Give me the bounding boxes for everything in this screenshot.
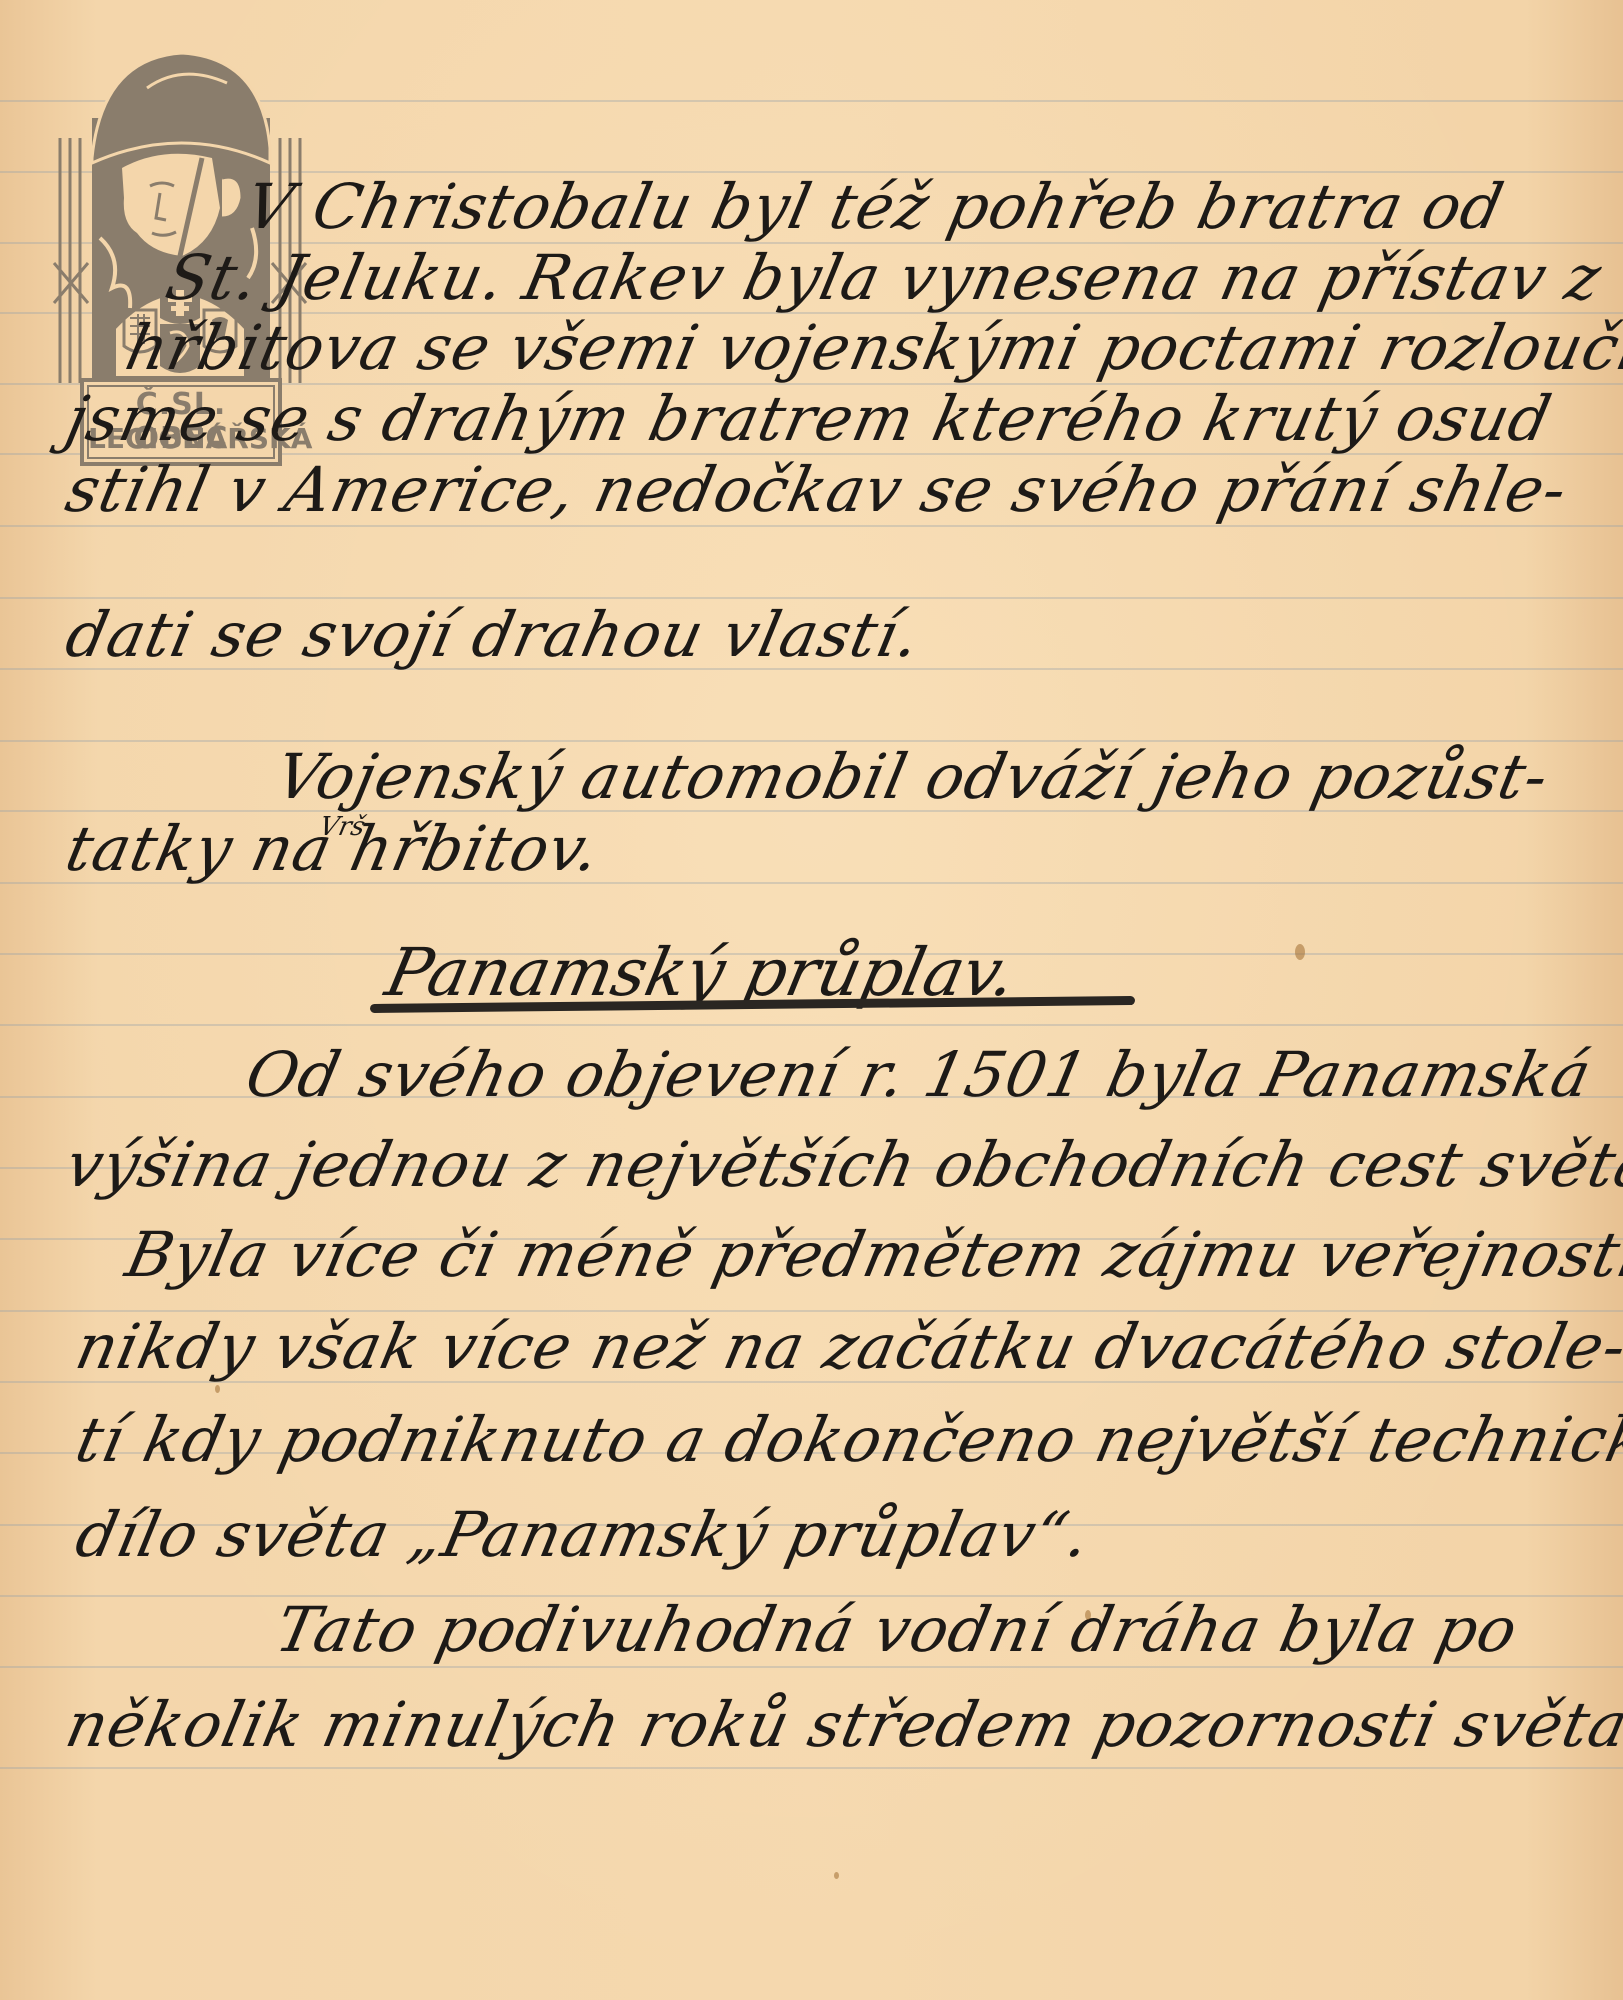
- text-line: stihl v Americe, nedočkav se svého přání…: [60, 455, 1574, 525]
- text-line: Byla více či méně předmětem zájmu veřejn…: [120, 1220, 1623, 1290]
- paper-stain: [215, 1385, 220, 1393]
- text-line: Od svého objevení r. 1501 byla Panamská: [240, 1040, 1598, 1110]
- text-line: nikdy však více než na začátku dvacátého…: [70, 1312, 1623, 1382]
- text-line: hřbitova se všemi vojenskými poctami roz…: [120, 313, 1623, 383]
- paper-stain: [1295, 944, 1305, 960]
- text-line: výšina jednou z největších obchodních ce…: [60, 1130, 1623, 1200]
- paper-stain: [1085, 1610, 1091, 1620]
- text-line: Tato podivuhodná vodní dráha byla po: [270, 1595, 1524, 1665]
- text-line: dílo světa „Panamský průplav“.: [70, 1500, 1096, 1570]
- document-page: Č.SL. OBEC LEGIONÁŘSKÁ V Christobalu byl…: [0, 0, 1623, 2000]
- text-line: jsme se s drahým bratrem kterého krutý o…: [60, 384, 1558, 454]
- text-line: tí kdy podniknuto a dokončeno největší t…: [70, 1405, 1623, 1475]
- text-line: dati se svojí drahou vlastí.: [60, 600, 926, 670]
- text-line: St. Jeluku. Rakev byla vynesena na příst…: [160, 243, 1608, 313]
- text-line: V Christobalu byl též pohřeb bratra od: [240, 172, 1510, 242]
- text-insertion: Vrš: [317, 812, 368, 842]
- paper-stain: [834, 1872, 839, 1879]
- text-line: několik minulých roků středem pozornosti…: [60, 1690, 1623, 1760]
- ruled-line: [0, 1024, 1623, 1026]
- ruled-line: [0, 1666, 1623, 1668]
- ruled-line: [0, 1767, 1623, 1769]
- text-line: Vojenský automobil odváží jeho pozůst-: [270, 742, 1555, 812]
